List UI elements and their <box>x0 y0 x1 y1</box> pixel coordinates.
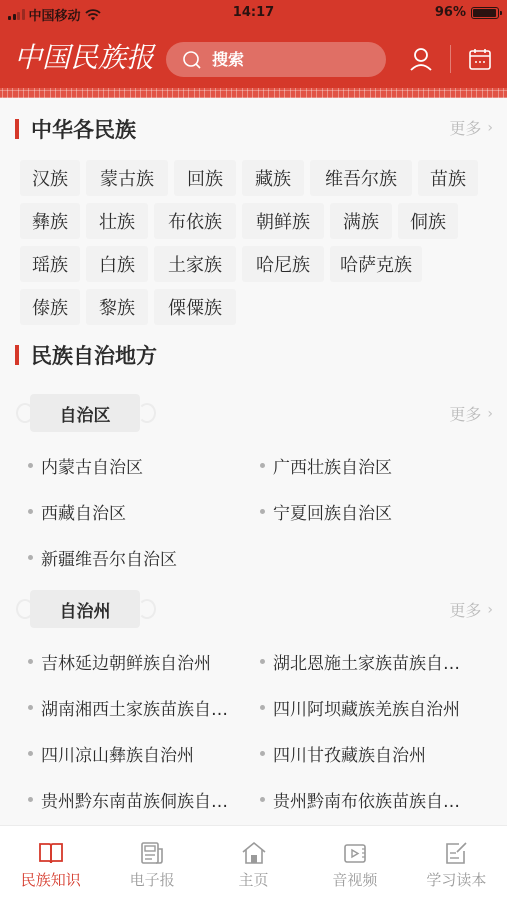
tag-row: 傣族 黎族 傈僳族 <box>20 289 500 325</box>
subhead-regions: 自治区 <box>16 394 156 432</box>
title-accent-bar <box>15 119 19 139</box>
regions-list: 内蒙古自治区 广西壮族自治区 西藏自治区 宁夏回族自治区 新疆维吾尔自治区 <box>28 442 498 580</box>
tag-row: 彝族 壮族 布依族 朝鲜族 满族 侗族 <box>20 203 500 239</box>
home-icon <box>241 840 267 866</box>
bullet-icon <box>260 659 265 664</box>
status-right: 96% <box>435 5 499 20</box>
tag-korean[interactable]: 朝鲜族 <box>242 203 324 239</box>
user-button[interactable] <box>406 44 436 74</box>
video-icon <box>342 840 368 866</box>
tag-mongol[interactable]: 蒙古族 <box>86 160 168 196</box>
list-item[interactable]: 贵州黔南布依族苗族自… <box>260 776 492 822</box>
bullet-icon <box>28 797 33 802</box>
notebook-icon <box>443 840 469 866</box>
bullet-icon <box>28 509 33 514</box>
battery-percent: 96% <box>435 5 466 20</box>
app-root: 中国移动 14:17 96% 中国民族报 中华各民族 更多 › <box>0 0 507 900</box>
tag-manchu[interactable]: 满族 <box>330 203 392 239</box>
more-prefectures-link[interactable]: 更多 › <box>449 598 493 621</box>
list-item[interactable]: 新疆维吾尔自治区 <box>28 534 260 580</box>
list-item[interactable]: 湖南湘西土家族苗族自… <box>28 684 260 730</box>
ornament-curl-icon <box>138 403 156 423</box>
tag-tibetan[interactable]: 藏族 <box>242 160 304 196</box>
bullet-icon <box>28 659 33 664</box>
list-item[interactable]: 吉林延边朝鲜族自治州 <box>28 638 260 684</box>
section-title-autonomous-areas: 民族自治地方 <box>15 340 157 370</box>
chevron-right-icon: › <box>487 120 493 136</box>
subhead-prefectures: 自治州 <box>16 590 156 628</box>
bullet-icon <box>260 509 265 514</box>
chevron-right-icon: › <box>487 406 493 422</box>
tab-ethnic-knowledge[interactable]: 民族知识 <box>0 826 101 900</box>
list-item[interactable]: 贵州黔东南苗族侗族自… <box>28 776 260 822</box>
bottom-tab-bar: 民族知识 电子报 主页 音视频 学习读本 <box>0 825 507 900</box>
list-item[interactable]: 广西壮族自治区 <box>260 442 492 488</box>
calendar-icon <box>468 47 492 71</box>
more-ethnic-groups-link[interactable]: 更多 › <box>449 116 493 139</box>
bullet-icon <box>28 555 33 560</box>
search-icon <box>182 50 202 70</box>
search-bar[interactable] <box>166 42 386 77</box>
section-title-ethnic-groups: 中华各民族 <box>15 114 136 144</box>
ornament-curl-icon <box>138 599 156 619</box>
bullet-icon <box>28 751 33 756</box>
tag-uyghur[interactable]: 维吾尔族 <box>310 160 412 196</box>
list-item[interactable]: 西藏自治区 <box>28 488 260 534</box>
tag-dai[interactable]: 傣族 <box>20 289 80 325</box>
tag-bai[interactable]: 白族 <box>86 246 148 282</box>
book-icon <box>38 840 64 866</box>
calendar-button[interactable] <box>465 44 495 74</box>
battery-icon <box>471 7 499 19</box>
tag-row: 汉族 蒙古族 回族 藏族 维吾尔族 苗族 <box>20 160 500 196</box>
tab-study-reader[interactable]: 学习读本 <box>406 826 507 900</box>
title-accent-bar <box>15 345 19 365</box>
header: 中国移动 14:17 96% 中国民族报 <box>0 0 507 98</box>
tag-hani[interactable]: 哈尼族 <box>242 246 324 282</box>
newspaper-icon <box>139 840 165 866</box>
tag-dong[interactable]: 侗族 <box>398 203 458 239</box>
more-regions-link[interactable]: 更多 › <box>449 402 493 425</box>
status-time: 14:17 <box>0 5 507 20</box>
tag-han[interactable]: 汉族 <box>20 160 80 196</box>
tag-zhuang[interactable]: 壮族 <box>86 203 148 239</box>
status-bar: 中国移动 14:17 96% <box>0 0 507 28</box>
bullet-icon <box>260 751 265 756</box>
tag-hui[interactable]: 回族 <box>174 160 236 196</box>
header-ornament <box>0 88 507 98</box>
list-item[interactable]: 湖北恩施土家族苗族自… <box>260 638 492 684</box>
list-item[interactable]: 四川阿坝藏族羌族自治州 <box>260 684 492 730</box>
bullet-icon <box>260 797 265 802</box>
search-input[interactable] <box>212 50 362 69</box>
bullet-icon <box>260 705 265 710</box>
tab-home[interactable]: 主页 <box>203 826 304 900</box>
bullet-icon <box>260 463 265 468</box>
user-icon <box>408 46 434 72</box>
bullet-icon <box>28 463 33 468</box>
tab-audio-video[interactable]: 音视频 <box>304 826 405 900</box>
app-logo: 中国民族报 <box>14 40 154 76</box>
tag-lisu[interactable]: 傈僳族 <box>154 289 236 325</box>
tag-li[interactable]: 黎族 <box>86 289 148 325</box>
list-item[interactable]: 内蒙古自治区 <box>28 442 260 488</box>
tag-yi[interactable]: 彝族 <box>20 203 80 239</box>
list-item[interactable]: 四川甘孜藏族自治州 <box>260 730 492 776</box>
tag-row: 瑶族 白族 土家族 哈尼族 哈萨克族 <box>20 246 500 282</box>
list-item[interactable]: 宁夏回族自治区 <box>260 488 492 534</box>
ethnic-group-tags: 汉族 蒙古族 回族 藏族 维吾尔族 苗族 彝族 壮族 布依族 朝鲜族 满族 侗族… <box>20 160 500 332</box>
tag-yao[interactable]: 瑶族 <box>20 246 80 282</box>
tab-e-newspaper[interactable]: 电子报 <box>101 826 202 900</box>
tag-tujia[interactable]: 土家族 <box>154 246 236 282</box>
list-item[interactable]: 四川凉山彝族自治州 <box>28 730 260 776</box>
tag-buyei[interactable]: 布依族 <box>154 203 236 239</box>
header-divider <box>450 45 451 73</box>
tag-miao[interactable]: 苗族 <box>418 160 478 196</box>
bullet-icon <box>28 705 33 710</box>
tag-kazakh[interactable]: 哈萨克族 <box>330 246 422 282</box>
prefectures-list: 吉林延边朝鲜族自治州 湖北恩施土家族苗族自… 湖南湘西土家族苗族自… 四川阿坝藏… <box>28 638 498 822</box>
chevron-right-icon: › <box>487 602 493 618</box>
